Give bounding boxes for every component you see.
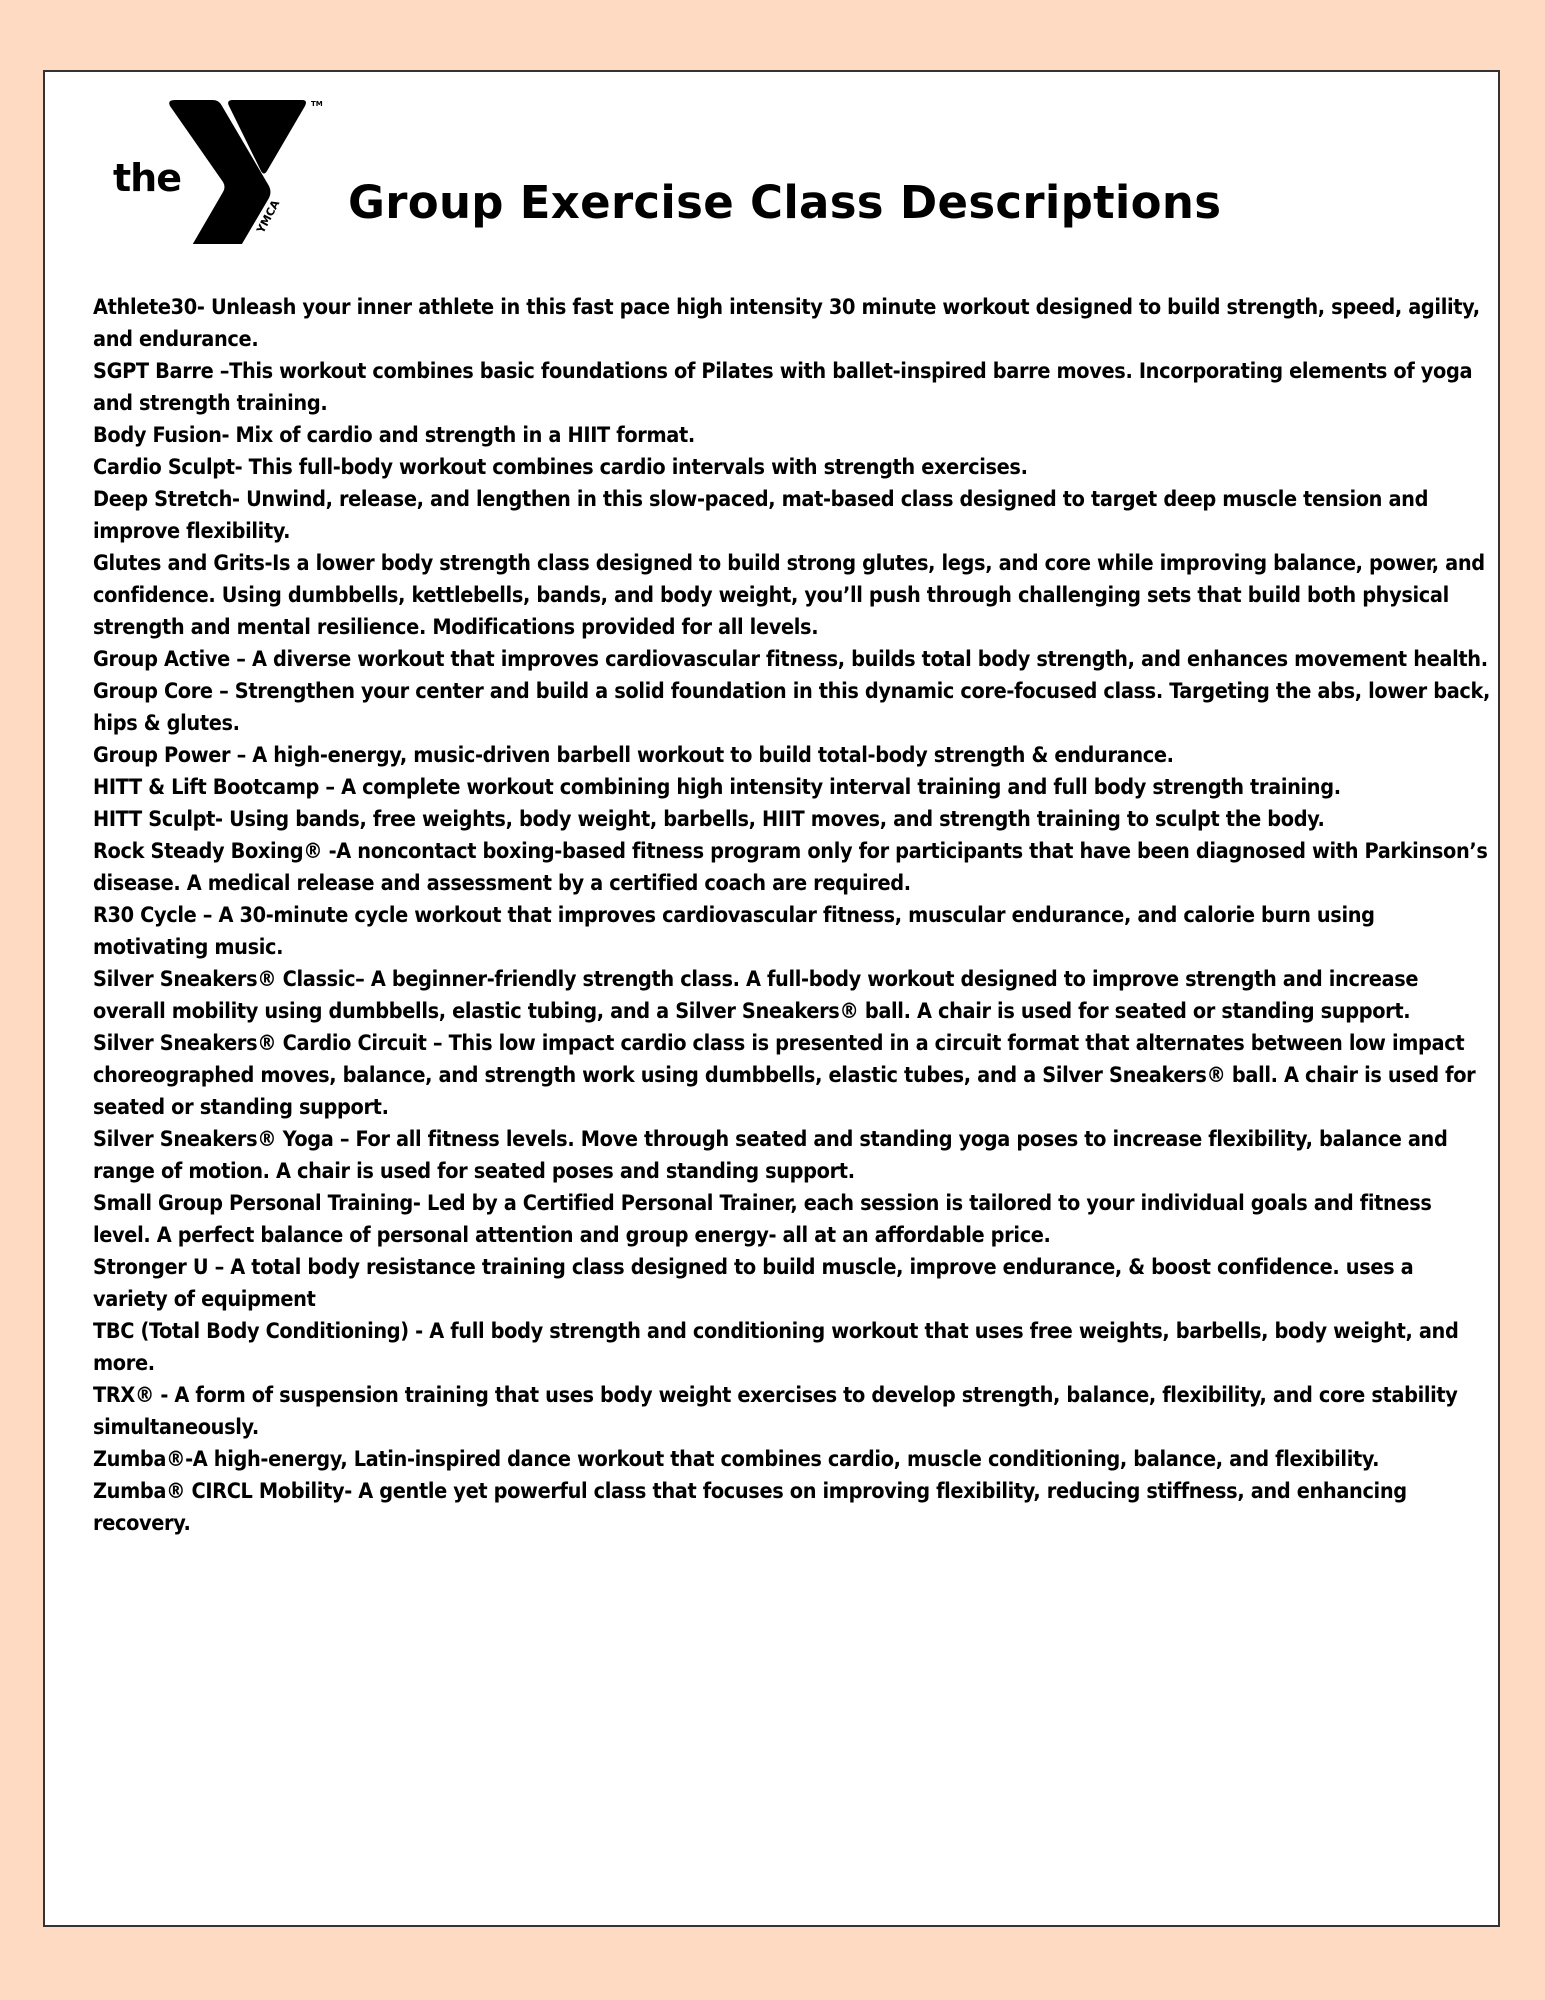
class-description-list: Athlete30- Unleash your inner athlete in…: [93, 292, 1493, 1540]
class-description: HITT Sculpt- Using bands, free weights, …: [93, 804, 1493, 836]
class-description: Rock Steady Boxing® -A noncontact boxing…: [93, 836, 1493, 900]
ymca-logo: TM the YMCA: [111, 94, 331, 244]
class-description: Silver Sneakers® Cardio Circuit – This l…: [93, 1028, 1493, 1124]
class-description: Silver Sneakers® Classic– A beginner-fri…: [93, 964, 1493, 1028]
page-title: Group Exercise Class Descriptions: [348, 175, 1221, 231]
class-description: Group Active – A diverse workout that im…: [93, 644, 1493, 676]
class-description: Athlete30- Unleash your inner athlete in…: [93, 292, 1493, 356]
class-description: HITT & Lift Bootcamp – A complete workou…: [93, 772, 1493, 804]
class-description: Cardio Sculpt- This full-body workout co…: [93, 452, 1493, 484]
class-description: Zumba® CIRCL Mobility- A gentle yet powe…: [93, 1476, 1493, 1540]
class-description: Group Power – A high-energy, music-drive…: [93, 740, 1493, 772]
class-description: Group Core – Strengthen your center and …: [93, 676, 1493, 740]
class-description: Deep Stretch- Unwind, release, and lengt…: [93, 484, 1493, 548]
class-description: Body Fusion- Mix of cardio and strength …: [93, 420, 1493, 452]
class-description: Zumba®-A high-energy, Latin-inspired dan…: [93, 1444, 1493, 1476]
class-description: SGPT Barre –This workout combines basic …: [93, 356, 1493, 420]
class-description: Small Group Personal Training- Led by a …: [93, 1188, 1493, 1252]
trademark-mark: TM: [311, 100, 323, 108]
logo-the-text: the: [113, 156, 181, 200]
class-description: R30 Cycle – A 30-minute cycle workout th…: [93, 900, 1493, 964]
class-description: Glutes and Grits-Is a lower body strengt…: [93, 548, 1493, 644]
class-description: TBC (Total Body Conditioning) - A full b…: [93, 1316, 1493, 1380]
class-description: Stronger U – A total body resistance tra…: [93, 1252, 1493, 1316]
class-description: TRX® - A form of suspension training tha…: [93, 1380, 1493, 1444]
class-description: Silver Sneakers® Yoga – For all fitness …: [93, 1124, 1493, 1188]
ymca-y-icon: TM the YMCA: [111, 94, 331, 244]
document-page: TM the YMCA Group Exercise Class Descrip…: [43, 70, 1500, 1927]
